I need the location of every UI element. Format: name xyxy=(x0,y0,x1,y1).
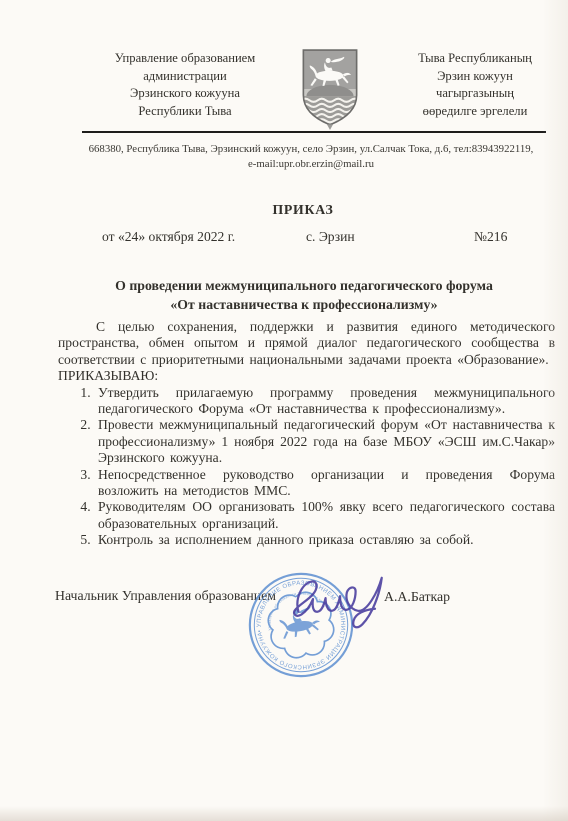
org-line: Тыва Республиканың xyxy=(396,50,554,68)
order-subject: О проведении межмуниципального педагогич… xyxy=(58,276,550,314)
order-date: от «24» октября 2022 г. xyxy=(102,229,235,245)
address-line: 668380, Республика Тыва, Эрзинский кожуу… xyxy=(55,142,567,157)
address-email: e-mail:upr.obr.erzin@mail.ru xyxy=(55,157,567,172)
org-line: администрации xyxy=(86,68,284,86)
order-place: с. Эрзин xyxy=(306,229,355,245)
order-preamble: С целью сохранения, поддержки и развития… xyxy=(58,319,555,368)
order-body: С целью сохранения, поддержки и развития… xyxy=(58,319,555,549)
scan-bottom-shading xyxy=(0,806,568,821)
order-item: Руководителям ОО организовать 100% явку … xyxy=(96,499,555,532)
document-type-title: ПРИКАЗ xyxy=(58,202,548,218)
order-item: Контроль за исполнением данного приказа … xyxy=(96,532,555,548)
subject-line: О проведении межмуниципального педагогич… xyxy=(58,276,550,295)
subject-line: «От наставничества к профессионализму» xyxy=(58,295,550,314)
order-number: №216 xyxy=(474,229,507,245)
order-item: Утвердить прилагаемую программу проведен… xyxy=(96,385,555,418)
letterhead-org-tuvan: Тыва Республиканың Эрзин кожуун чагыргаз… xyxy=(396,50,554,120)
shield-tip xyxy=(327,124,333,130)
org-line: Эрзин кожуун xyxy=(396,68,554,86)
scanned-order-document: Управление образованием администрации Эр… xyxy=(0,0,568,821)
org-line: Республики Тыва xyxy=(86,103,284,121)
signature-handwriting xyxy=(284,571,402,633)
coat-of-arms xyxy=(300,47,360,131)
letterhead-divider xyxy=(82,131,546,133)
org-line: өөредилге эргелели xyxy=(396,103,554,121)
decree-word: ПРИКАЗЫВАЮ: xyxy=(58,368,555,384)
org-line: Управление образованием xyxy=(86,50,284,68)
org-line: Эрзинского кожууна xyxy=(86,85,284,103)
order-item: Провести межмуниципальный педагогический… xyxy=(96,417,555,466)
order-item: Непосредственное руководство организации… xyxy=(96,467,555,500)
order-items-list: Утвердить прилагаемую программу проведен… xyxy=(58,385,555,549)
letterhead-address: 668380, Республика Тыва, Эрзинский кожуу… xyxy=(55,142,567,172)
letterhead-org-russian: Управление образованием администрации Эр… xyxy=(86,50,284,120)
org-line: чагыргазының xyxy=(396,85,554,103)
